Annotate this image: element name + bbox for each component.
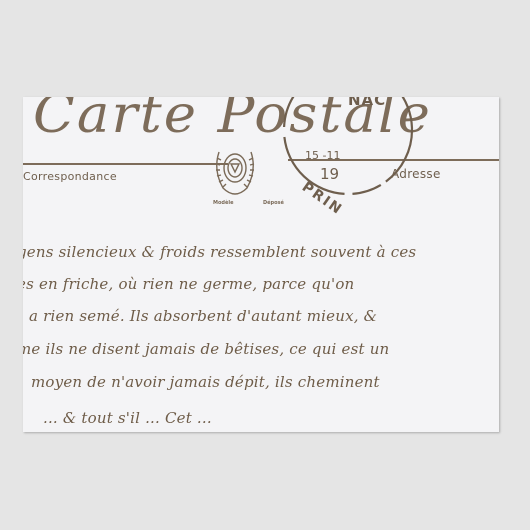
- postcard-image: Carte Postale Correspondance Adresse Mod…: [23, 97, 499, 432]
- model-label: Modèle: [213, 200, 234, 206]
- postmark-top-text: NAC: [348, 97, 386, 109]
- handwriting-line: moyen de n'avoir jamais dépit, ils chemi…: [31, 373, 499, 391]
- laurel-emblem-icon: [211, 142, 259, 200]
- postmark-year: 19: [320, 165, 339, 183]
- handwriting-line: gens silencieux & froids ressemblent sou…: [23, 243, 493, 261]
- correspondence-divider: [23, 163, 228, 165]
- handwriting-line: es en friche, où rien ne germe, parce qu…: [23, 275, 493, 293]
- postmark-stamp-icon: [273, 97, 423, 205]
- postmark-date: 15 -11: [305, 149, 340, 162]
- correspondence-label: Correspondance: [23, 170, 117, 183]
- handwriting-line: a rien semé. Ils absorbent d'autant mieu…: [29, 307, 499, 325]
- handwriting-line: me ils ne disent jamais de bêtises, ce q…: [23, 340, 493, 358]
- handwriting-line: ... & tout s'il ... Cet ...: [43, 409, 499, 427]
